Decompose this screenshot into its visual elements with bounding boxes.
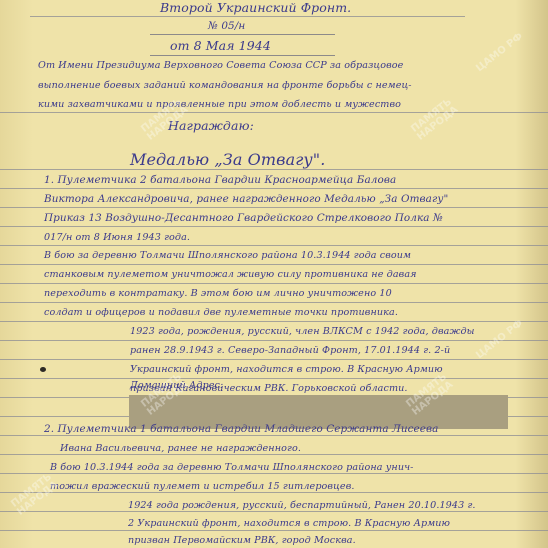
rule-line <box>0 492 548 493</box>
entry-2-bio: призван Первомайским РВК, город Москва. <box>128 535 356 546</box>
rule-line <box>0 359 548 360</box>
rule-line <box>0 112 548 113</box>
entry-2-line: 2. Пулеметчика 1 батальона Гвардии Младш… <box>44 423 438 435</box>
archival-document-page: Второй Украинский Фронт. № 05/н от 8 Мая… <box>0 0 548 548</box>
watermark: ЦАМО РФ <box>473 31 526 76</box>
preamble-line: кими захватчиками и проявленные при этом… <box>38 99 401 110</box>
front-title: Второй Украинский Фронт. <box>160 0 351 15</box>
rule-line <box>0 188 548 189</box>
rule-line <box>0 169 548 170</box>
rule-line <box>0 283 548 284</box>
rule-line <box>0 340 548 341</box>
rule-line <box>150 34 335 35</box>
rule-line <box>0 226 548 227</box>
entry-1-line: Приказ 13 Воздушно-Десантного Гвардейско… <box>44 212 443 224</box>
punch-hole <box>40 367 46 372</box>
rule-line <box>0 473 548 474</box>
address-label: Домашний Адрес: <box>130 380 223 391</box>
entry-1-line: станковым пулеметом уничтожал живую силу… <box>44 269 417 280</box>
rule-line <box>0 435 548 436</box>
entry-1-line: солдат и офицеров и подавил две пулеметн… <box>44 307 398 318</box>
entry-1-line: 1. Пулеметчика 2 батальона Гвардии Красн… <box>44 174 396 186</box>
entry-1-line: Виктора Александровича, ранее награжденн… <box>44 193 448 205</box>
rule-line <box>0 207 548 208</box>
preamble-line: От Имени Президиума Верховного Совета Со… <box>38 60 403 71</box>
order-number: № 05/н <box>208 20 245 32</box>
rule-line <box>150 55 335 56</box>
preamble-line: выполнение боевых заданий командования н… <box>38 80 412 91</box>
rule-line <box>0 530 548 531</box>
rule-line <box>0 321 548 322</box>
entry-1-line: 017/н от 8 Июня 1943 года. <box>44 232 190 243</box>
rule-line <box>0 264 548 265</box>
rule-line <box>0 245 548 246</box>
rule-line <box>0 511 548 512</box>
medal-title: Медалью „За Отвагу". <box>130 150 325 169</box>
rule-line <box>0 302 548 303</box>
entry-1-bio: ранен 28.9.1943 г. Северо-Западный Фронт… <box>130 345 450 356</box>
entry-1-line: переходить в контратаку. В этом бою им л… <box>44 288 392 299</box>
rule-line <box>0 378 548 379</box>
rule-line <box>30 16 465 17</box>
entry-1-bio: 1923 года, рождения, русский, член ВЛКСМ… <box>130 326 475 337</box>
rule-line <box>0 454 548 455</box>
watermark: ПАМЯТЬ НАРОДА <box>409 97 461 144</box>
order-date: от 8 Мая 1944 <box>170 38 271 53</box>
entry-2-line: Ивана Васильевича, ранее не награжденног… <box>60 443 301 454</box>
entry-2-bio: 2 Украинский фронт, находится в строю. В… <box>128 518 450 529</box>
entry-2-line: В бою 10.3.1944 года за деревню Толмачи … <box>50 462 414 473</box>
entry-2-line: тожил вражеский пулемет и истребил 15 ги… <box>50 481 355 492</box>
entry-2-bio: 1924 года рождения, русский, беспартийны… <box>128 500 476 511</box>
entry-1-line: В бою за деревню Толмачи Шполянского рай… <box>44 250 411 261</box>
